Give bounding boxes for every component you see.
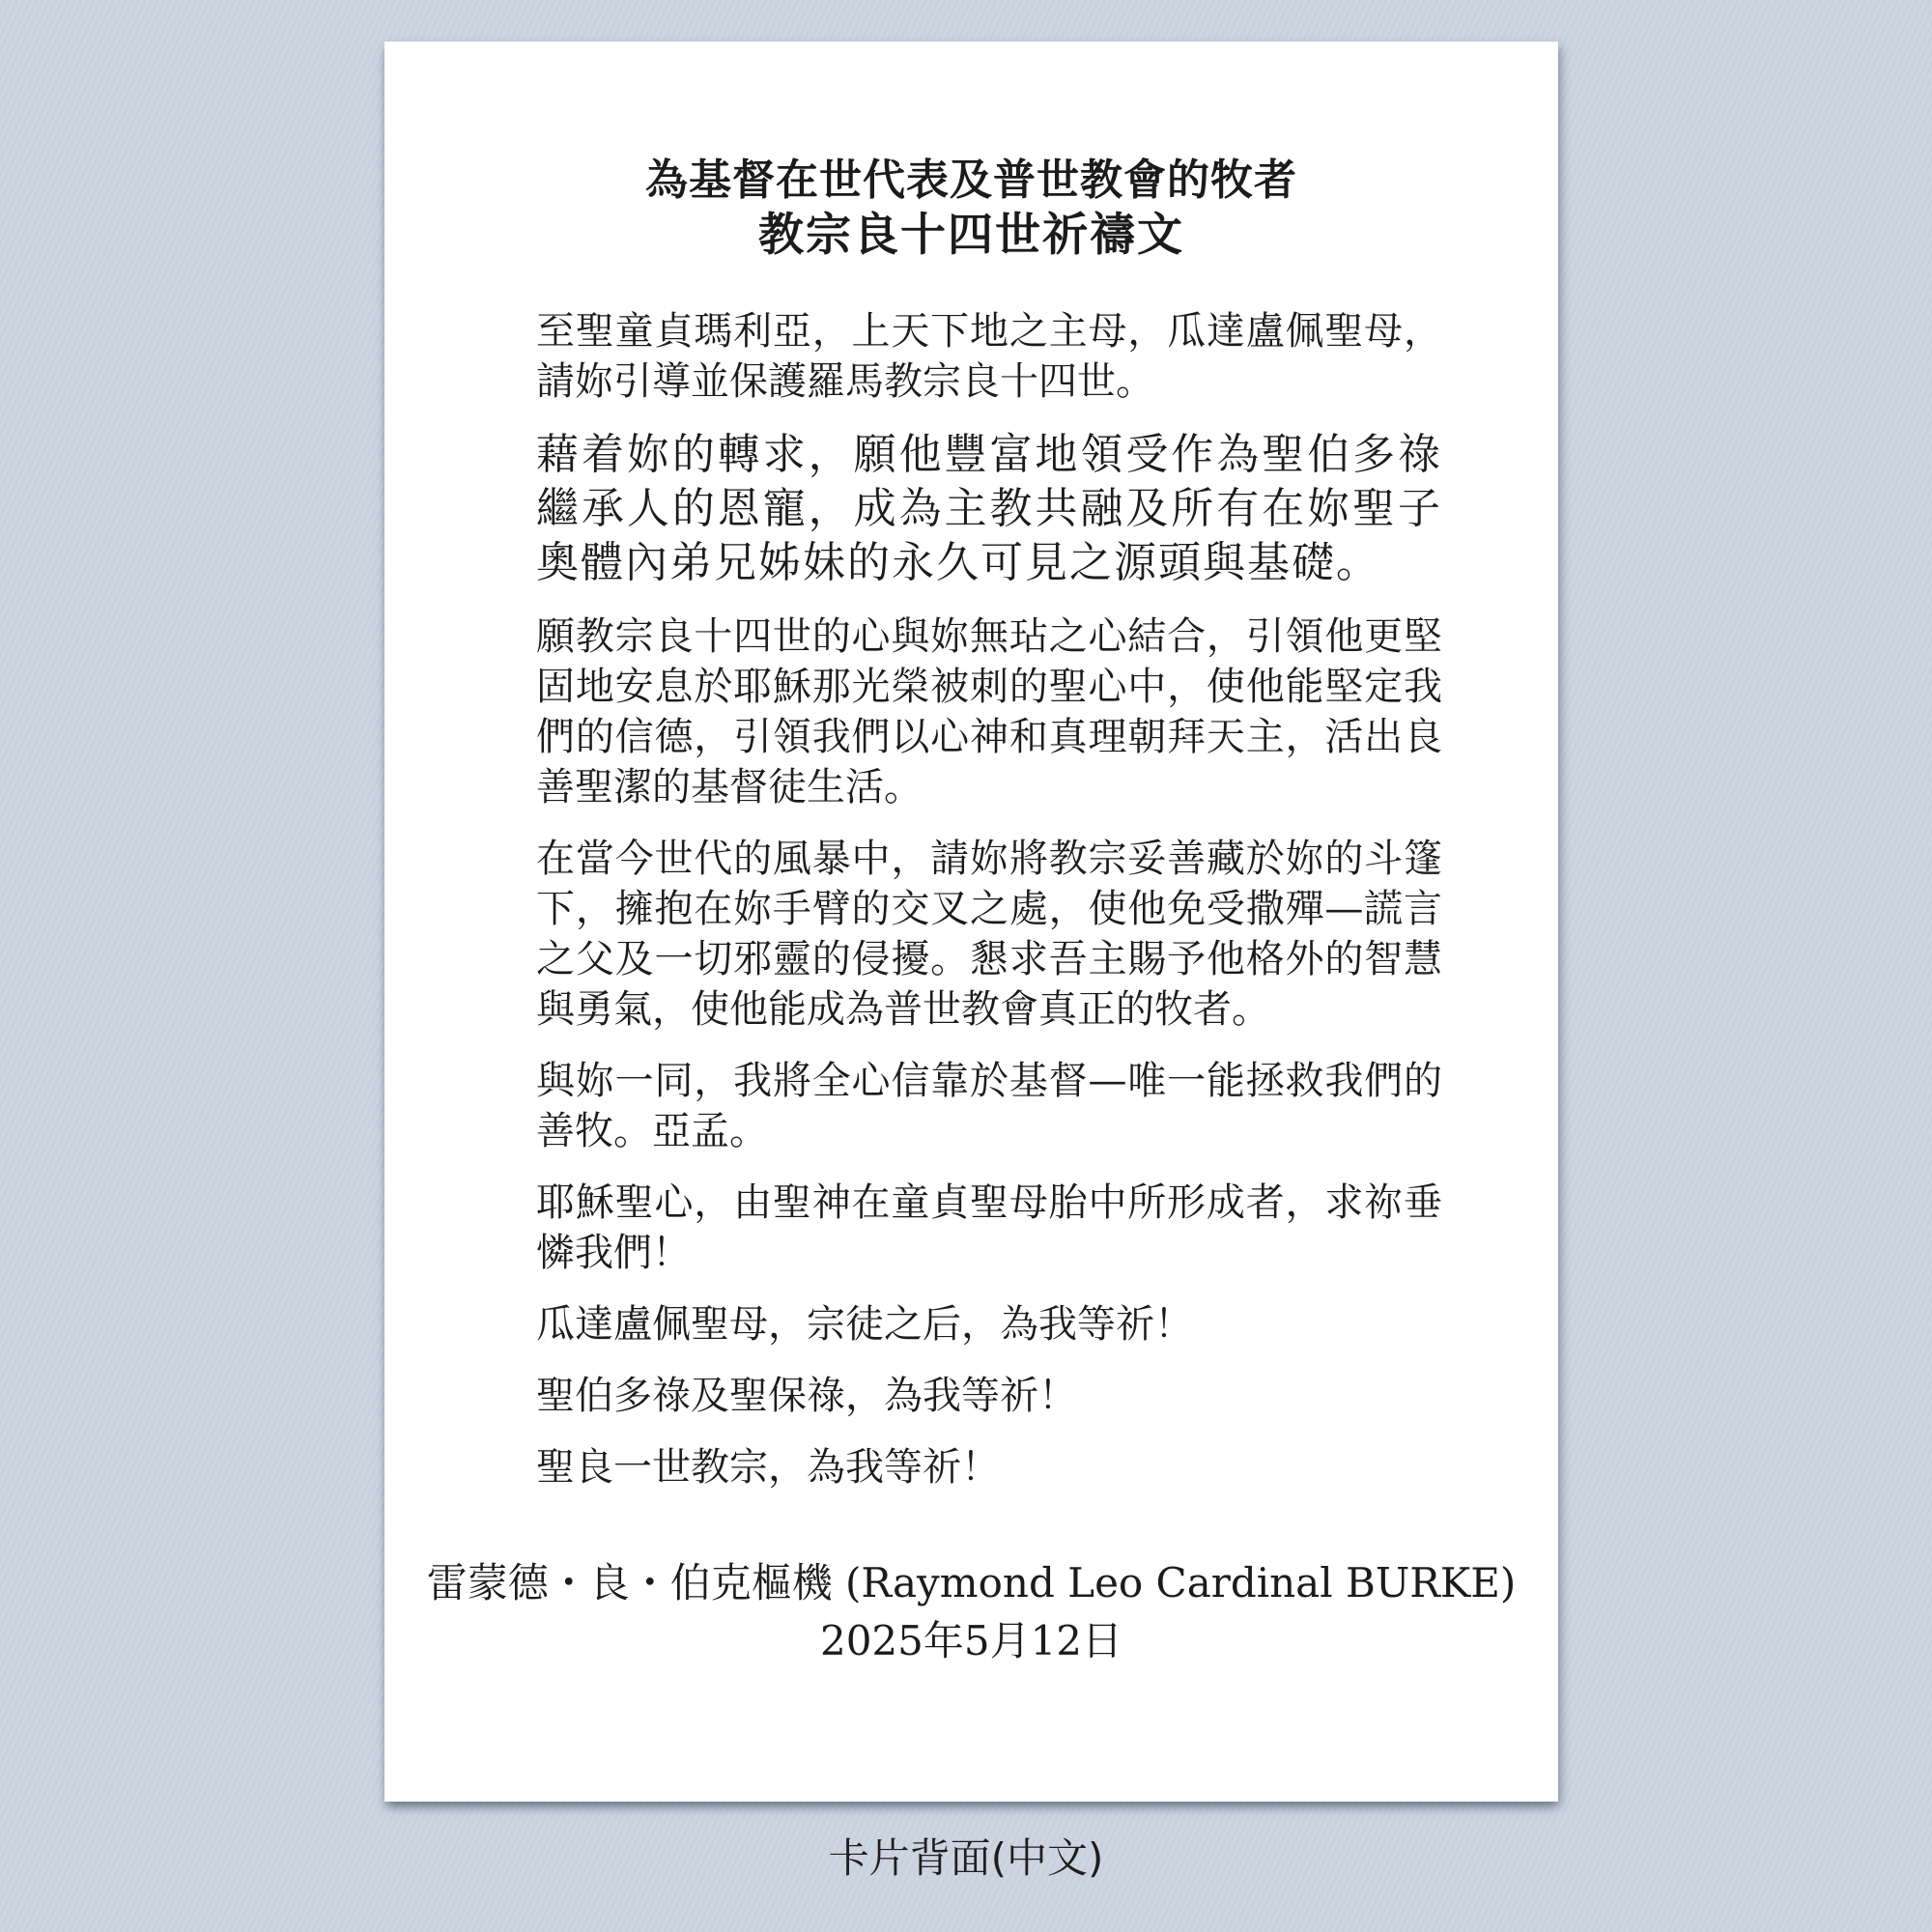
prayer-invocation-leo: 聖良一世教宗，為我等祈！ (536, 1442, 1442, 1492)
prayer-invocation-guadalupe: 瓜達盧佩聖母，宗徒之后，為我等祈！ (536, 1299, 1442, 1350)
prayer-body: 至聖童貞瑪利亞，上天下地之主母，瓜達盧佩聖母，請妳引導並保護羅馬教宗良十四世。 … (536, 306, 1442, 1492)
prayer-paragraph-5: 與妳一同，我將全心信靠於基督—唯一能拯救我們的善牧。亞孟。 (536, 1056, 1442, 1156)
prayer-invocation-peter-paul: 聖伯多祿及聖保祿，為我等祈！ (536, 1371, 1442, 1421)
prayer-paragraph-4: 在當今世代的風暴中，請妳將教宗妥善藏於妳的斗篷下，擁抱在妳手臂的交叉之處，使他免… (536, 834, 1442, 1035)
prayer-card: 為基督在世代表及普世教會的牧者 教宗良十四世祈禱文 至聖童貞瑪利亞，上天下地之主… (384, 42, 1558, 1802)
prayer-paragraph-1: 至聖童貞瑪利亞，上天下地之主母，瓜達盧佩聖母，請妳引導並保護羅馬教宗良十四世。 (536, 306, 1442, 407)
prayer-paragraph-6: 耶穌聖心，由聖神在童貞聖母胎中所形成者，求祢垂憐我們！ (536, 1178, 1442, 1278)
signature-date: 2025年5月12日 (384, 1612, 1558, 1670)
prayer-paragraph-2: 藉着妳的轉求，願他豐富地領受作為聖伯多祿繼承人的恩寵，成為主教共融及所有在妳聖子… (536, 428, 1442, 590)
prayer-paragraph-3: 願教宗良十四世的心與妳無玷之心結合，引領他更堅固地安息於耶穌那光榮被刺的聖心中，… (536, 611, 1442, 812)
photo-background: 為基督在世代表及普世教會的牧者 教宗良十四世祈禱文 至聖童貞瑪利亞，上天下地之主… (0, 0, 1932, 1932)
photo-caption: 卡片背面(中文) (0, 1833, 1932, 1884)
signature-name: 雷蒙德・良・伯克樞機 (Raymond Leo Cardinal BURKE) (384, 1554, 1558, 1612)
signature-block: 雷蒙德・良・伯克樞機 (Raymond Leo Cardinal BURKE) … (384, 1554, 1558, 1670)
card-title-line1: 為基督在世代表及普世教會的牧者 (384, 154, 1558, 208)
card-title-line2: 教宗良十四世祈禱文 (384, 208, 1558, 264)
